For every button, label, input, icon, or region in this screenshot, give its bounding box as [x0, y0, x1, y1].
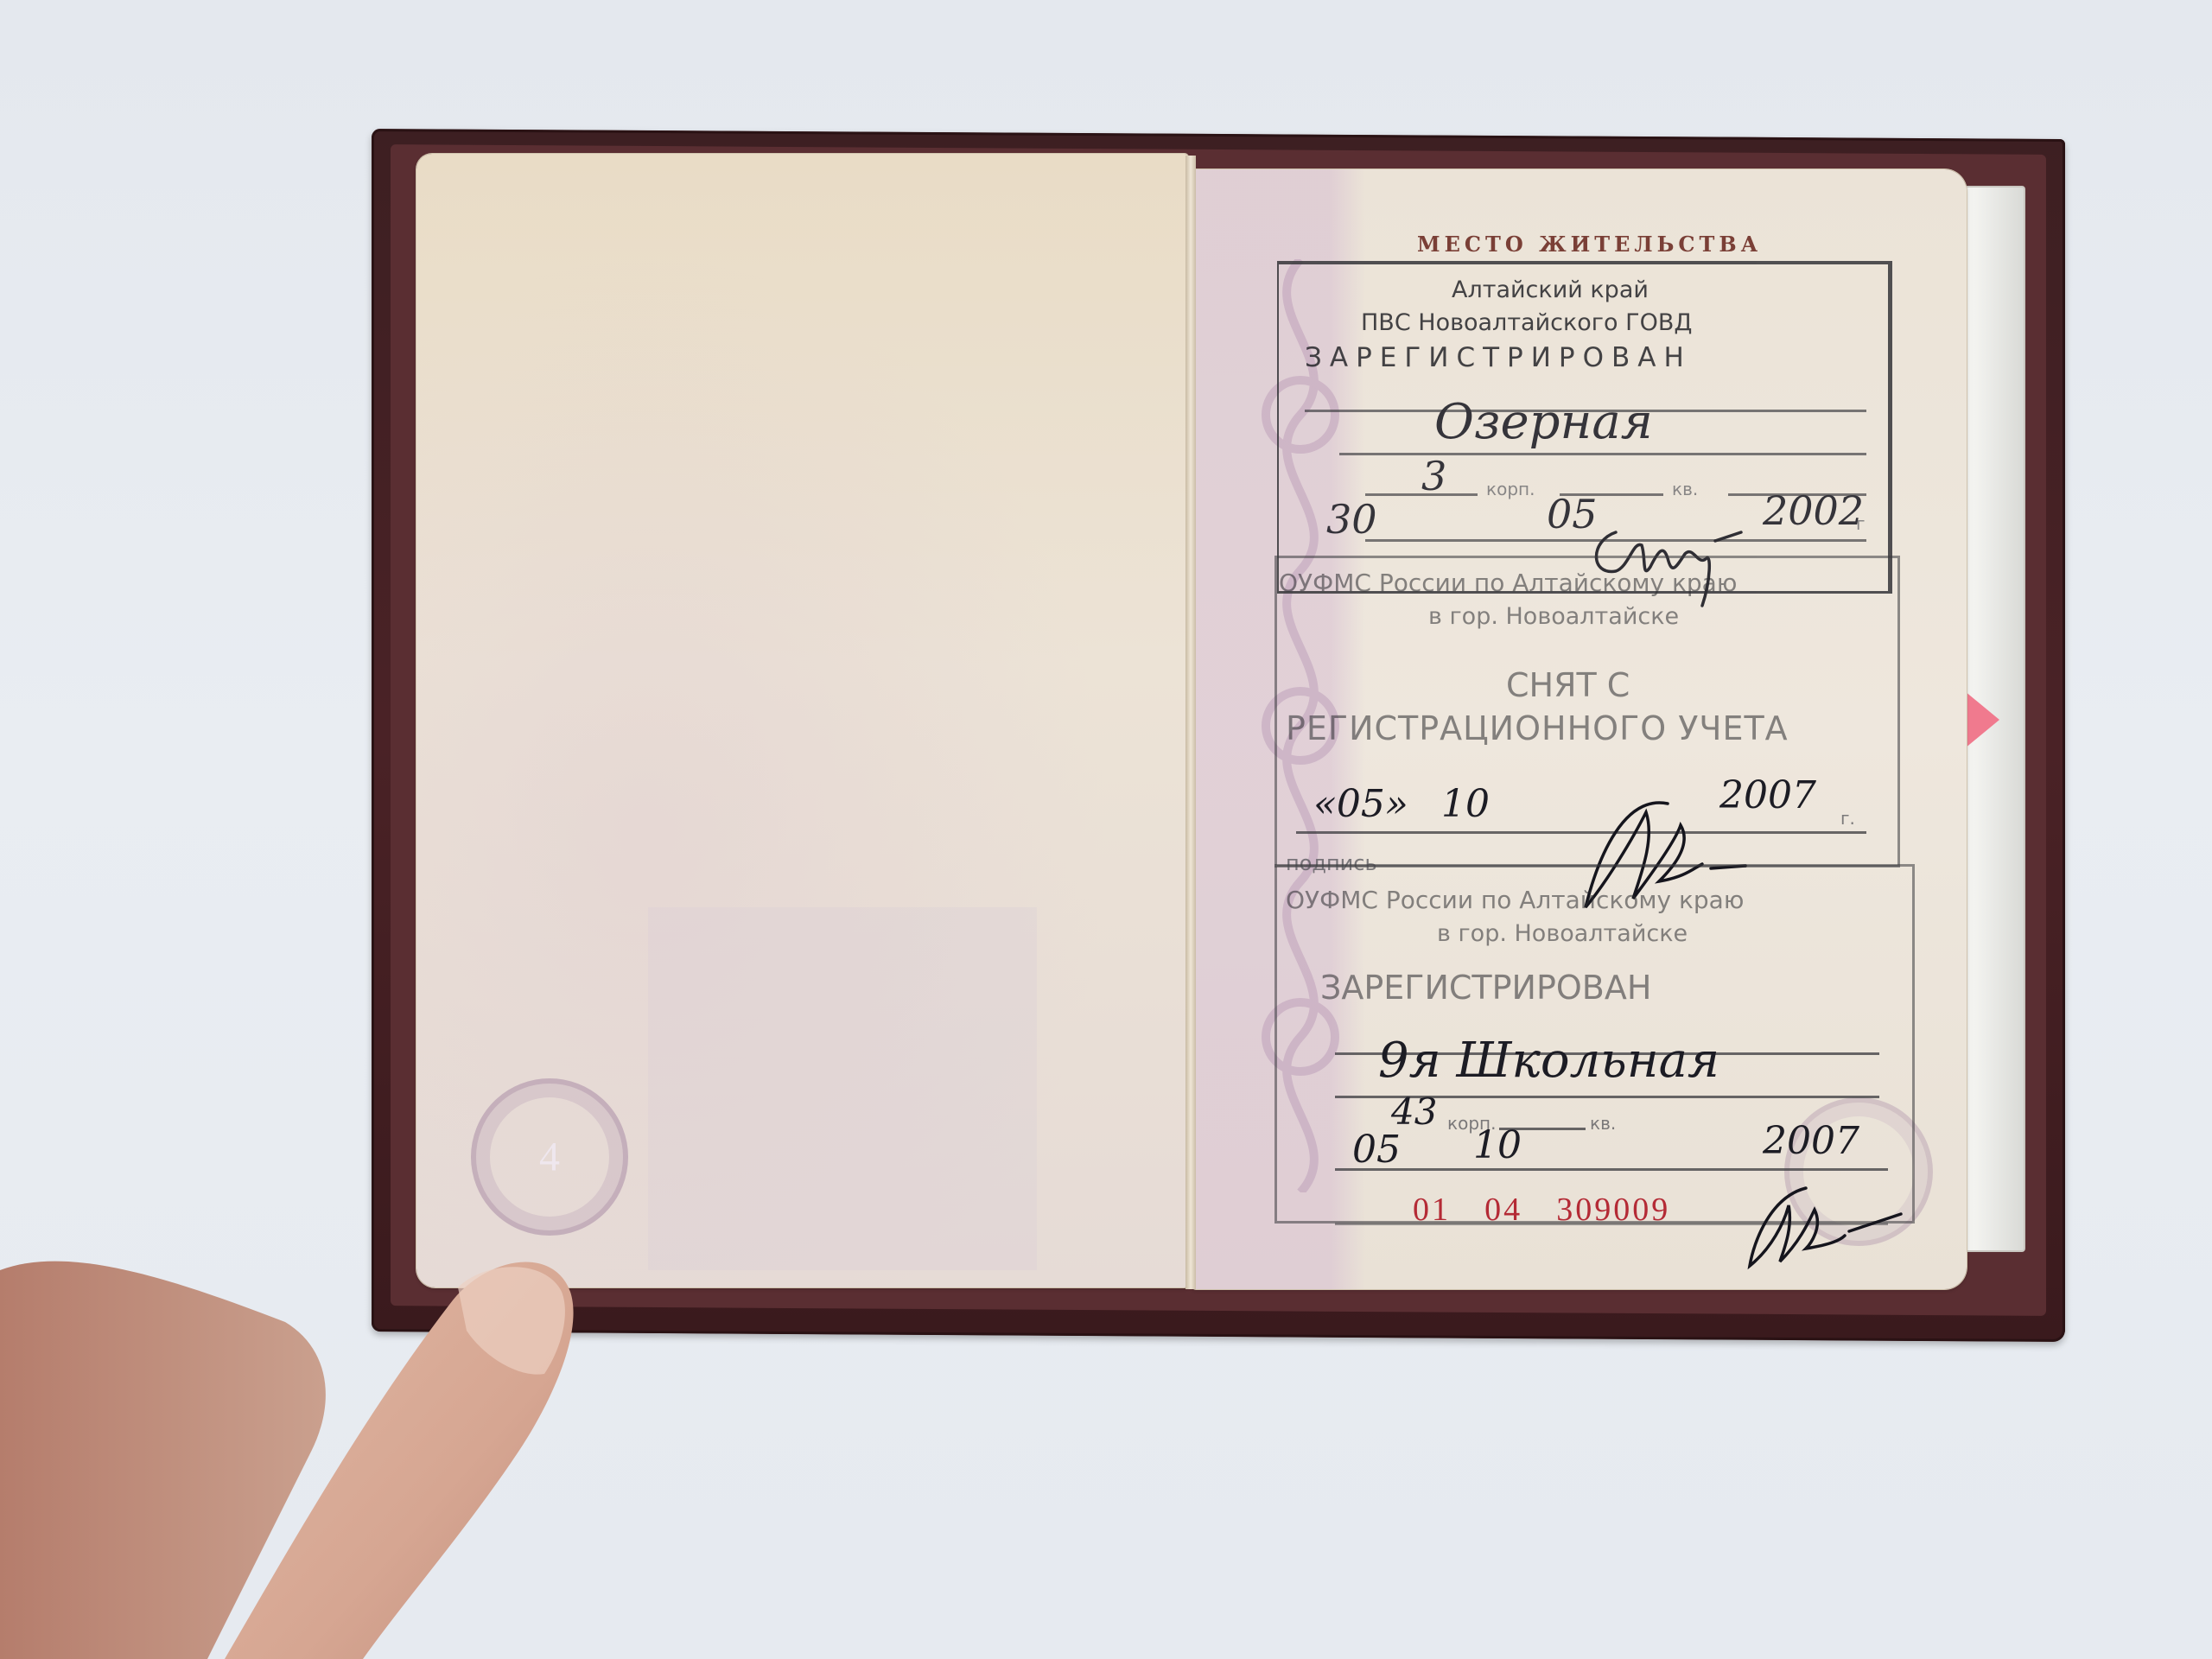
street-handwritten: Озерная: [1434, 394, 1653, 450]
page-number-rosette-icon: 4: [471, 1078, 628, 1236]
rule: [1365, 493, 1478, 496]
stamp-status-line2: РЕГИСТРАЦИОННОГО УЧЕТА: [1286, 709, 1789, 747]
stamp-authority: ПВС Новоалтайского ГОВД: [1361, 309, 1692, 336]
stamp-authority: ОУФМС России по Алтайскому краю: [1286, 886, 1744, 914]
house-handwritten: 3: [1421, 453, 1446, 499]
section-title: МЕСТО ЖИТЕЛЬСТВА: [1417, 232, 1762, 257]
stamp-authority: ОУФМС России по Алтайскому краю: [1279, 569, 1737, 597]
deregistration-month: 10: [1441, 782, 1490, 826]
page-gutter: [1185, 156, 1196, 1289]
day-handwritten-2: 05: [1352, 1128, 1401, 1172]
kv-label-2: кв.: [1590, 1113, 1616, 1134]
month-handwritten-2: 10: [1473, 1123, 1522, 1167]
rule: [1339, 453, 1866, 455]
korp-label: корп.: [1486, 479, 1535, 499]
stamp-city: в гор. Новоалтайске: [1428, 603, 1679, 630]
registration-stamp-1: Алтайский край ПВС Новоалтайского ГОВД З…: [1277, 261, 1892, 594]
stamp-status-line1: СНЯТ С: [1506, 666, 1630, 704]
street-handwritten-2: 9я Школьная: [1378, 1033, 1719, 1089]
page-number: 4: [476, 1134, 623, 1181]
signature-3-icon: [1737, 1179, 1918, 1274]
deregistration-year-suffix: г.: [1840, 808, 1855, 829]
stamp-region: Алтайский край: [1452, 276, 1649, 303]
rule: [1335, 1168, 1888, 1171]
year-suffix: г: [1856, 513, 1866, 534]
photo-area-ghost: [648, 907, 1037, 1270]
kv-label: кв.: [1672, 479, 1698, 499]
thumb-holding-passport: [0, 1227, 605, 1659]
house-handwritten-2: 43: [1391, 1090, 1437, 1133]
year-handwritten: 2002: [1763, 487, 1864, 534]
day-handwritten: 30: [1326, 496, 1377, 543]
stamp-status: ЗАРЕГИСТРИРОВАН: [1320, 969, 1651, 1007]
year-handwritten-2: 2007: [1763, 1119, 1859, 1163]
stamp-city: в гор. Новоалтайске: [1437, 920, 1688, 947]
deregistration-day: «05»: [1313, 782, 1408, 826]
stamp-status: ЗАРЕГИСТРИРОВАН: [1305, 342, 1692, 373]
